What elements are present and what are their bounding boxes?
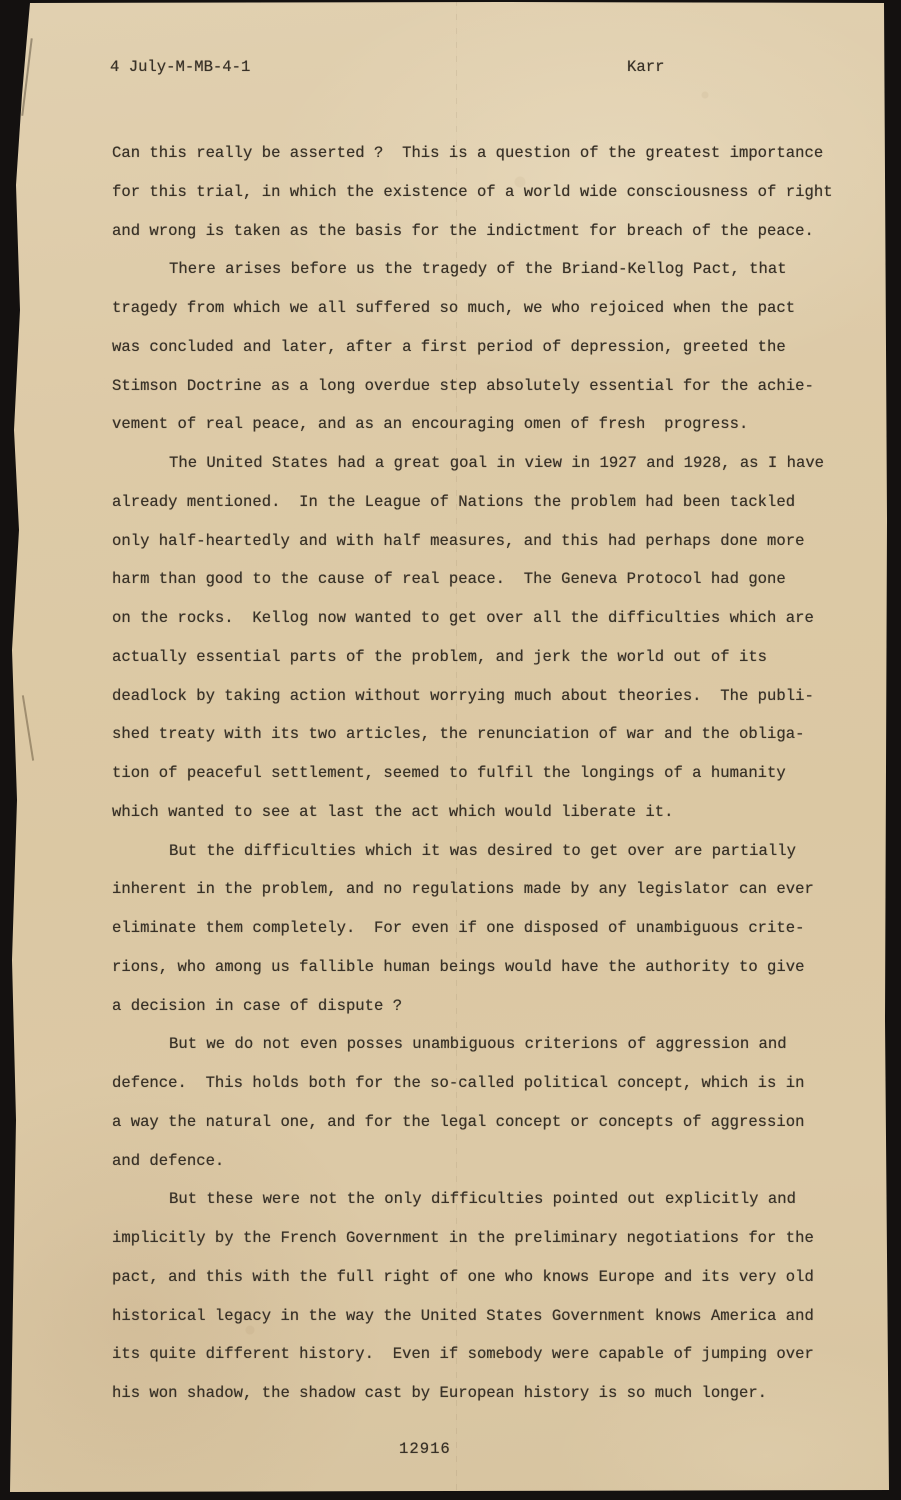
text-line: implicitly by the French Government in t…: [112, 1219, 874, 1258]
text-line: and wrong is taken as the basis for the …: [112, 212, 874, 251]
text-line: But these were not the only difficulties…: [112, 1180, 874, 1219]
text-line: already mentioned. In the League of Nati…: [112, 483, 874, 522]
text-line: historical legacy in the way the United …: [112, 1297, 874, 1336]
text-line: defence. This holds both for the so-call…: [112, 1064, 874, 1103]
text-line: a way the natural one, and for the legal…: [112, 1103, 874, 1142]
text-line: on the rocks. Kellog now wanted to get o…: [112, 599, 874, 638]
paper-tear-mark: [21, 38, 32, 116]
text-line: his won shadow, the shadow cast by Europ…: [112, 1374, 874, 1413]
text-line: and defence.: [112, 1142, 874, 1181]
document-reference: 4 July-M-MB-4-1: [110, 58, 250, 76]
paper-tear-mark: [22, 695, 34, 760]
text-line: There arises before us the tragedy of th…: [112, 250, 874, 289]
text-line: shed treaty with its two articles, the r…: [112, 715, 874, 754]
text-line: The United States had a great goal in vi…: [112, 444, 874, 483]
text-line: which wanted to see at last the act whic…: [112, 793, 874, 832]
scanned-page-stage: 4 July-M-MB-4-1 Karr Can this really be …: [0, 0, 901, 1500]
document-author: Karr: [627, 58, 664, 76]
text-line: But the difficulties which it was desire…: [112, 832, 874, 871]
page-number: 12916: [399, 1440, 451, 1458]
text-line: actually essential parts of the problem,…: [112, 638, 874, 677]
text-line: was concluded and later, after a first p…: [112, 328, 874, 367]
text-line: rions, who among us fallible human being…: [112, 948, 874, 987]
text-line: a decision in case of dispute ?: [112, 987, 874, 1026]
text-line: its quite different history. Even if som…: [112, 1335, 874, 1374]
text-line: eliminate them completely. For even if o…: [112, 909, 874, 948]
text-line: vement of real peace, and as an encourag…: [112, 405, 874, 444]
text-line: pact, and this with the full right of on…: [112, 1258, 874, 1297]
text-line: for this trial, in which the existence o…: [112, 173, 874, 212]
text-line: deadlock by taking action without worryi…: [112, 677, 874, 716]
text-line: only half-heartedly and with half measur…: [112, 522, 874, 561]
document-body: Can this really be asserted ? This is a …: [112, 134, 874, 1413]
text-line: tion of peaceful settlement, seemed to f…: [112, 754, 874, 793]
text-line: inherent in the problem, and no regulati…: [112, 870, 874, 909]
text-line: Can this really be asserted ? This is a …: [112, 134, 874, 173]
text-line: But we do not even posses unambiguous cr…: [112, 1025, 874, 1064]
paper-sheet: 4 July-M-MB-4-1 Karr Can this really be …: [0, 0, 901, 1500]
text-line: tragedy from which we all suffered so mu…: [112, 289, 874, 328]
text-line: harm than good to the cause of real peac…: [112, 560, 874, 599]
text-line: Stimson Doctrine as a long overdue step …: [112, 367, 874, 406]
